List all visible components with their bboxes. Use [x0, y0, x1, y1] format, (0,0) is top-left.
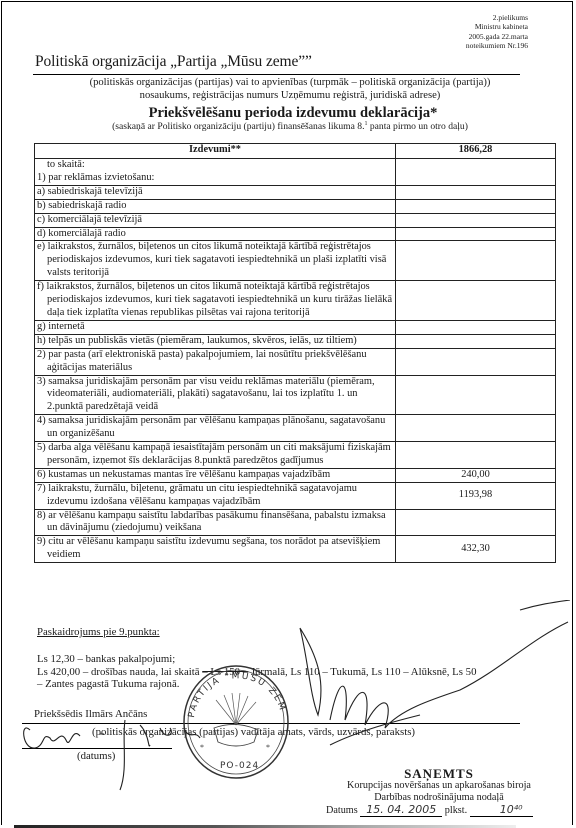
- received-date-row: Datums 15. 04. 2005 plkst. 10⁴⁰: [314, 804, 564, 817]
- svg-text:PARTIJA "MŪSU ZEME": PARTIJA "MŪSU ZEME": [176, 650, 288, 719]
- party-stamp-icon: PARTIJA "MŪSU ZEME" PO-024 * *: [176, 650, 296, 780]
- organization-caption: (politiskās organizācijas (partijas) vai…: [0, 76, 576, 102]
- expense-amount: [396, 241, 556, 281]
- header-label: Izdevumi**: [35, 144, 396, 159]
- expense-amount: [396, 185, 556, 199]
- caption-line: (politiskās organizācijas (partijas) vai…: [4, 76, 576, 89]
- table-row: d) komerciālajā radio: [35, 227, 556, 241]
- expense-amount: [396, 281, 556, 321]
- table-row: 8) ar vēlēšanu kampaņu saistītu labdarīb…: [35, 509, 556, 536]
- table-row: h) telpās un publiskās vietās (piemēram,…: [35, 334, 556, 348]
- table-row: 9) citu ar vēlēšanu kampaņu saistītu izd…: [35, 536, 556, 563]
- expense-label: 5) darba alga vēlēšanu kampaņā iesaistīt…: [35, 442, 396, 469]
- date-line: [22, 748, 172, 749]
- expense-label: to skaitā:1) par reklāmas izvietošanu:: [35, 159, 396, 186]
- received-date-label: Datums: [326, 805, 358, 816]
- svg-text:PO-024: PO-024: [220, 761, 259, 771]
- expense-label: b) sabiedriskajā radio: [35, 199, 396, 213]
- expense-label: 8) ar vēlēšanu kampaņu saistītu labdarīb…: [35, 509, 396, 536]
- received-time-label: plkst.: [445, 805, 467, 816]
- note-title: Paskaidrojums pie 9.punkta:: [37, 626, 160, 638]
- expense-label: h) telpās un publiskās vietās (piemēram,…: [35, 334, 396, 348]
- expense-label: 3) samaksa juridiskajām personām par vis…: [35, 375, 396, 415]
- expense-label: f) laikrakstos, žurnālos, biļetenos un c…: [35, 281, 396, 321]
- table-row: g) internetā: [35, 320, 556, 334]
- subtitle-text: (saskaņā ar Politisko organizāciju (part…: [112, 121, 364, 132]
- table-row: a) sabiedriskajā televīzijā: [35, 185, 556, 199]
- expense-label: e) laikrakstos, žurnālos, biļetenos un c…: [35, 241, 396, 281]
- table-row: b) sabiedriskajā radio: [35, 199, 556, 213]
- date-caption: (datums): [77, 750, 115, 762]
- annex-line: Ministru kabineta: [466, 22, 528, 31]
- chairperson-name: Priekšsēdis Ilmārs Ančāns: [34, 708, 147, 720]
- subtitle-text: panta pirmo un otro daļu): [367, 121, 467, 132]
- expense-label: 4) samaksa juridiskajām personām par vēl…: [35, 415, 396, 442]
- annex-line: 2.pielikums: [466, 13, 528, 22]
- expense-amount: [396, 199, 556, 213]
- svg-text:*: *: [200, 743, 204, 752]
- expense-amount: [396, 320, 556, 334]
- expense-label: 2) par pasta (arī elektroniskā pasta) pa…: [35, 348, 396, 375]
- received-title: SAŅEMTS: [314, 768, 564, 780]
- table-row: f) laikrakstos, žurnālos, biļetenos un c…: [35, 281, 556, 321]
- expense-amount: [396, 415, 556, 442]
- header-total-amount: 1866,28: [396, 144, 556, 159]
- table-row: e) laikrakstos, žurnālos, biļetenos un c…: [35, 241, 556, 281]
- expense-amount: [396, 334, 556, 348]
- expense-label: 7) laikrakstu, žurnālu, biļetenu, grāmat…: [35, 482, 396, 509]
- table-header-row: Izdevumi** 1866,28: [35, 144, 556, 159]
- received-time-value: 10⁴⁰: [470, 803, 533, 817]
- received-date-value: 15. 04. 2005: [360, 803, 442, 817]
- expense-amount: [396, 375, 556, 415]
- table-row: 2) par pasta (arī elektroniskā pasta) pa…: [35, 348, 556, 375]
- caption-line: nosaukums, reģistrācijas numurs Uzņēmumu…: [4, 89, 576, 102]
- received-office: Korupcijas novēršanas un apkarošanas bir…: [314, 780, 564, 792]
- expense-label: 6) kustamas un nekustamas mantas īre vēl…: [35, 468, 396, 482]
- expense-amount: [396, 227, 556, 241]
- expenses-table: Izdevumi** 1866,28 to skaitā:1) par rekl…: [34, 143, 556, 563]
- annex-reference: 2.pielikums Ministru kabineta 2005.gada …: [466, 13, 528, 50]
- expense-amount: [396, 509, 556, 536]
- expense-amount: [396, 213, 556, 227]
- svg-text:*: *: [266, 743, 270, 752]
- table-row: c) komerciālajā televīzijā: [35, 213, 556, 227]
- organization-underline: [33, 74, 520, 75]
- expense-amount: [396, 159, 556, 186]
- table-row: 7) laikrakstu, žurnālu, biļetenu, grāmat…: [35, 482, 556, 509]
- annex-line: noteikumiem Nr.196: [466, 41, 528, 50]
- table-row: 4) samaksa juridiskajām personām par vēl…: [35, 415, 556, 442]
- expense-label: a) sabiedriskajā televīzijā: [35, 185, 396, 199]
- organization-name: Politiskā organizācija „Partija „Mūsu ze…: [35, 53, 312, 71]
- table-row: to skaitā:1) par reklāmas izvietošanu:: [35, 159, 556, 186]
- received-stamp: SAŅEMTS Korupcijas novēršanas un apkaroš…: [314, 768, 564, 817]
- expense-amount: 240,00: [396, 468, 556, 482]
- expense-label: c) komerciālajā televīzijā: [35, 213, 396, 227]
- table-row: 3) samaksa juridiskajām personām par vis…: [35, 375, 556, 415]
- table-row: 5) darba alga vēlēšanu kampaņā iesaistīt…: [35, 442, 556, 469]
- expense-amount: 1193,98: [396, 482, 556, 509]
- expense-label: 9) citu ar vēlēšanu kampaņu saistītu izd…: [35, 536, 396, 563]
- document-subtitle: (saskaņā ar Politisko organizāciju (part…: [0, 121, 576, 132]
- document-title: Priekšvēlēšanu perioda izdevumu deklarāc…: [0, 105, 576, 122]
- table-row: 6) kustamas un nekustamas mantas īre vēl…: [35, 468, 556, 482]
- expense-amount: [396, 442, 556, 469]
- expense-amount: [396, 348, 556, 375]
- expense-amount: 432,30: [396, 536, 556, 563]
- expense-label: d) komerciālajā radio: [35, 227, 396, 241]
- expense-label: g) internetā: [35, 320, 396, 334]
- annex-line: 2005.gada 22.marta: [466, 32, 528, 41]
